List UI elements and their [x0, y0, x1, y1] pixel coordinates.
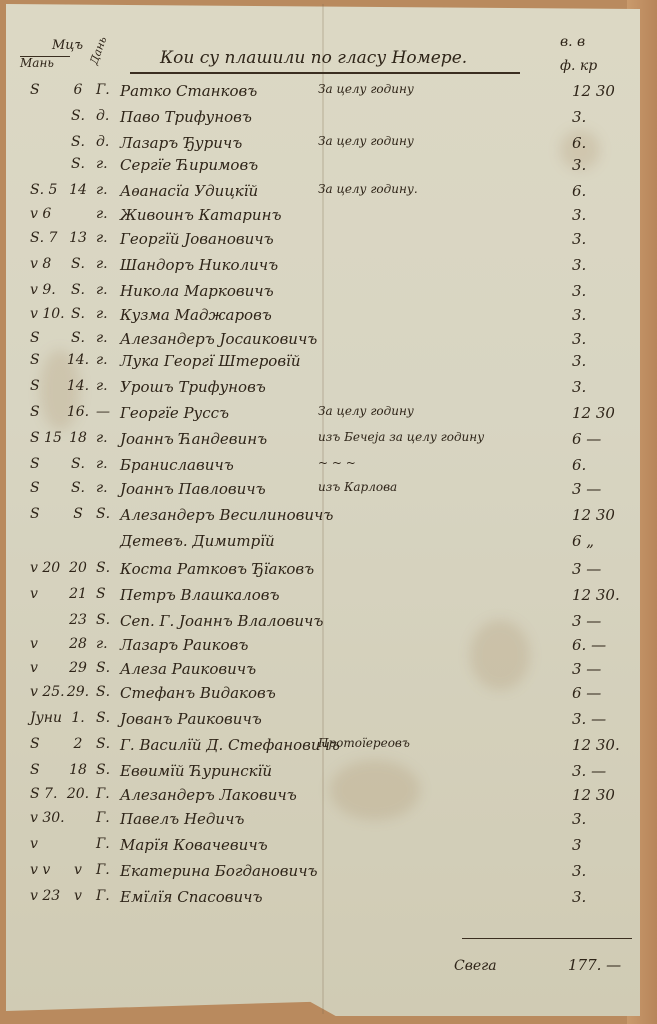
month-mark: Ѕ	[30, 404, 52, 420]
amount: 3 —	[572, 480, 634, 498]
person-name: Урошъ Трифуновъ	[120, 378, 266, 396]
month-mark: v 30.	[30, 810, 52, 826]
amount: 6.	[572, 182, 634, 200]
ledger-row: v 9.Ѕ.г.Никола Марковичъ3.	[0, 282, 640, 308]
amount: 3 —	[572, 560, 634, 578]
rank-abbrev: г.	[96, 378, 116, 394]
row-note: Протоїереовъ	[318, 736, 410, 750]
day-number: Ѕ.	[66, 108, 90, 124]
month-mark: Ѕ	[30, 506, 52, 522]
sum-divider	[462, 938, 632, 939]
amount: 12 30	[572, 506, 634, 524]
month-mark: v	[30, 660, 52, 676]
month-mark: Ѕ. 7	[30, 230, 52, 246]
amount: 3.	[572, 108, 634, 126]
day-number: Ѕ.	[66, 330, 90, 346]
person-name: Сергїе Ћиримовъ	[120, 156, 258, 174]
day-number: 2	[66, 736, 90, 752]
month-mark: v	[30, 836, 52, 852]
rank-abbrev: г.	[96, 182, 116, 198]
rank-abbrev: Ѕ.	[96, 736, 116, 752]
day-number: Ѕ.	[66, 156, 90, 172]
amount: 3 —	[572, 660, 634, 678]
amount: 3.	[572, 330, 634, 348]
person-name: Сеп. Г. Јоаннъ Влаловичъ	[120, 612, 323, 630]
rank-abbrev: Ѕ	[96, 586, 116, 602]
person-name: Браниславичъ	[120, 456, 234, 474]
ledger-row: Ѕ6Г.Ратко СтанковъЗа целу годину12 30	[0, 82, 640, 108]
person-name: Евѳимїй Ћуринскїй	[120, 762, 272, 780]
month-mark: Ѕ	[30, 352, 52, 368]
month-mark: v 20	[30, 560, 52, 576]
rank-abbrev: Ѕ.	[96, 560, 116, 576]
month-mark: v	[30, 636, 52, 652]
person-name: Г. Василїй Д. Стефановичъ	[120, 736, 340, 754]
day-number: 14.	[66, 352, 90, 368]
person-name: Детевъ. Димитрїй	[120, 532, 275, 550]
rank-abbrev: Г.	[96, 82, 116, 98]
rank-abbrev: Ѕ.	[96, 684, 116, 700]
row-note: изъ Карлова	[318, 480, 397, 494]
day-number: Ѕ.	[66, 456, 90, 472]
ledger-row: Јуни1.Ѕ.Јованъ Раиковичъ3. —	[0, 710, 640, 736]
day-number: v	[66, 862, 90, 878]
rank-abbrev: г.	[96, 330, 116, 346]
day-number: 23	[66, 612, 90, 628]
rank-abbrev: —	[96, 404, 116, 420]
amount: 3.	[572, 256, 634, 274]
month-mark: v 6	[30, 206, 52, 222]
ledger-row: 23Ѕ.Сеп. Г. Јоаннъ Влаловичъ3 —	[0, 612, 640, 638]
day-number: 13	[66, 230, 90, 246]
day-number: 1.	[66, 710, 90, 726]
month-mark: v 8	[30, 256, 52, 272]
day-number: 6	[66, 82, 90, 98]
amount: 3	[572, 836, 634, 854]
ledger-row: Ѕ. 713г.Георгїй Јовановичъ3.	[0, 230, 640, 256]
day-number: 20.	[66, 786, 90, 802]
amount: 12 30.	[572, 586, 634, 604]
month-mark: v 23	[30, 888, 52, 904]
person-name: Ратко Станковъ	[120, 82, 257, 100]
month-column-label-2: Mань	[20, 56, 54, 70]
ledger-row: Ѕ2Ѕ.Г. Василїй Д. СтефановичъПротоїереов…	[0, 736, 640, 762]
ledger-row: Ѕ 1518г.Јоаннъ Ћандевинъизъ Бечеја за це…	[0, 430, 640, 456]
person-name: Алезандеръ Јосаиковичъ	[120, 330, 317, 348]
amount: 3.	[572, 282, 634, 300]
row-note: ~ ~ ~	[318, 456, 356, 470]
month-mark: v v	[30, 862, 52, 878]
rank-abbrev: г.	[96, 430, 116, 446]
row-note: За целу годину	[318, 82, 414, 96]
rank-abbrev: г.	[96, 352, 116, 368]
person-name: Емїлїя Спасовичъ	[120, 888, 262, 906]
person-name: Петръ Влашкаловъ	[120, 586, 280, 604]
amount: 3. —	[572, 710, 634, 728]
person-name: Паво Трифуновъ	[120, 108, 252, 126]
month-mark: Ѕ	[30, 456, 52, 472]
rank-abbrev: г.	[96, 282, 116, 298]
sum-total: 177. —	[568, 956, 621, 974]
ledger-row: v 8Ѕ.г.Шандоръ Николичъ3.	[0, 256, 640, 282]
ledger-row: ЅЅ.г.Браниславичъ~ ~ ~6.	[0, 456, 640, 482]
person-name: Марїя Ковачевичъ	[120, 836, 268, 854]
ledger-row: Ѕ.г.Сергїе Ћиримовъ3.	[0, 156, 640, 182]
day-number: 29	[66, 660, 90, 676]
day-number: 29.	[66, 684, 90, 700]
ledger-row: Ѕ18Ѕ.Евѳимїй Ћуринскїй3. —	[0, 762, 640, 788]
ledger-row: v 25.29.Ѕ.Стефанъ Видаковъ6 —	[0, 684, 640, 710]
row-note: За целу годину.	[318, 182, 418, 196]
day-number: v	[66, 888, 90, 904]
month-mark: Ѕ 7.	[30, 786, 52, 802]
rank-abbrev: г.	[96, 456, 116, 472]
ledger-row: Ѕ.д.Паво Трифуновъ3.	[0, 108, 640, 134]
day-number: Ѕ.	[66, 306, 90, 322]
month-mark: Ѕ	[30, 480, 52, 496]
amount: 3 —	[572, 612, 634, 630]
rank-abbrev: Ѕ.	[96, 612, 116, 628]
amount: 3.	[572, 206, 634, 224]
month-column-label: Мцъ	[52, 38, 83, 53]
person-name: Алезандеръ Весилиновичъ	[120, 506, 333, 524]
ledger-row: v 23vГ.Емїлїя Спасовичъ3.	[0, 888, 640, 914]
ledger-row: v29Ѕ.Алеза Раиковичъ3 —	[0, 660, 640, 686]
ledger-row: v 30.Г.Павелъ Недичъ3.	[0, 810, 640, 836]
ledger-row: Ѕ16.—Георгїе РуссъЗа целу годину12 30	[0, 404, 640, 430]
month-mark: Ѕ	[30, 736, 52, 752]
ledger-row: v 10.Ѕ.г.Кузма Маджаровъ3.	[0, 306, 640, 332]
day-number: Ѕ.	[66, 480, 90, 496]
amount: 6 —	[572, 430, 634, 448]
person-name: Кузма Маджаровъ	[120, 306, 272, 324]
rank-abbrev: г.	[96, 306, 116, 322]
month-mark: v	[30, 586, 52, 602]
person-name: Екатерина Богдановичъ	[120, 862, 318, 880]
rank-abbrev: г.	[96, 206, 116, 222]
amount: 12 30	[572, 404, 634, 422]
person-name: Алезандеръ Лаковичъ	[120, 786, 297, 804]
rank-abbrev: Г.	[96, 862, 116, 878]
amount: 6.	[572, 456, 634, 474]
person-name: Никола Марковичъ	[120, 282, 274, 300]
sum-label: Свега	[454, 958, 497, 974]
amount: 3.	[572, 888, 634, 906]
rank-abbrev: Ѕ.	[96, 710, 116, 726]
title-underline	[130, 72, 520, 74]
rank-abbrev: д.	[96, 108, 116, 124]
person-name: Шандоръ Николичъ	[120, 256, 278, 274]
person-name: Коста Ратковъ Ђїаковъ	[120, 560, 314, 578]
month-mark: Јуни	[30, 710, 52, 726]
rank-abbrev: г.	[96, 230, 116, 246]
day-number: Ѕ.	[66, 282, 90, 298]
person-name: Стефанъ Видаковъ	[120, 684, 276, 702]
day-number: 18	[66, 762, 90, 778]
person-name: Јоаннъ Ћандевинъ	[120, 430, 267, 448]
document-title: Кои су плашили по гласу Номере.	[160, 48, 467, 68]
rank-abbrev: Г.	[96, 786, 116, 802]
ledger-row: v28г.Лазаръ Раиковъ6. —	[0, 636, 640, 662]
rank-abbrev: г.	[96, 256, 116, 272]
month-mark: Ѕ	[30, 762, 52, 778]
amount: 3.	[572, 810, 634, 828]
amount: 3. —	[572, 762, 634, 780]
month-mark: v 10.	[30, 306, 52, 322]
month-mark: Ѕ 15	[30, 430, 52, 446]
person-name: Лука Георгї Штеровїй	[120, 352, 301, 370]
amount: 3.	[572, 378, 634, 396]
rank-abbrev: д.	[96, 134, 116, 150]
month-mark: v 25.	[30, 684, 52, 700]
person-name: Лазаръ Раиковъ	[120, 636, 248, 654]
person-name: Георгїй Јовановичъ	[120, 230, 274, 248]
ledger-row: Ѕ. 514г.Аѳанасїа УдицкїйЗа целу годину.6…	[0, 182, 640, 208]
amount: 12 30	[572, 786, 634, 804]
row-note: За целу годину	[318, 134, 414, 148]
month-mark: Ѕ	[30, 330, 52, 346]
day-number: Ѕ.	[66, 256, 90, 272]
day-number: 14.	[66, 378, 90, 394]
ledger-row: v21ЅПетръ Влашкаловъ12 30.	[0, 586, 640, 612]
person-name: Аѳанасїа Удицкїй	[120, 182, 258, 200]
month-mark: Ѕ	[30, 82, 52, 98]
day-number: 16.	[66, 404, 90, 420]
rank-abbrev: Г.	[96, 888, 116, 904]
amount: 3.	[572, 156, 634, 174]
person-name: Лазаръ Ђуричъ	[120, 134, 242, 152]
amount: 3.	[572, 352, 634, 370]
day-number: 14	[66, 182, 90, 198]
person-name: Павелъ Недичъ	[120, 810, 244, 828]
amount: 3.	[572, 862, 634, 880]
currency-header-2: ф. кр	[560, 58, 597, 74]
ledger-row: v 2020Ѕ.Коста Ратковъ Ђїаковъ3 —	[0, 560, 640, 586]
ledger-row: ЅЅЅ.Алезандеръ Весилиновичъ12 30	[0, 506, 640, 532]
rank-abbrev: Г.	[96, 810, 116, 826]
ledger-row: ЅЅ.г.Јоаннъ Павловичъизъ Карлова3 —	[0, 480, 640, 506]
amount: 3.	[572, 306, 634, 324]
rank-abbrev: Ѕ.	[96, 660, 116, 676]
amount: 6.	[572, 134, 634, 152]
rank-abbrev: Ѕ.	[96, 762, 116, 778]
amount: 6. —	[572, 636, 634, 654]
day-number: 21	[66, 586, 90, 602]
day-number: Ѕ.	[66, 134, 90, 150]
person-name: Живоинъ Катаринъ	[120, 206, 281, 224]
day-number: 20	[66, 560, 90, 576]
ledger-row: v vvГ.Екатерина Богдановичъ3.	[0, 862, 640, 888]
rank-abbrev: г.	[96, 636, 116, 652]
amount: 3.	[572, 230, 634, 248]
currency-header-1: в. в	[560, 34, 585, 50]
day-number: 18	[66, 430, 90, 446]
amount: 12 30.	[572, 736, 634, 754]
month-mark: v 9.	[30, 282, 52, 298]
row-note: За целу годину	[318, 404, 414, 418]
row-note: изъ Бечеја за целу годину	[318, 430, 484, 444]
ledger-row: Ѕ14.г.Урошъ Трифуновъ3.	[0, 378, 640, 404]
ledger-row: Ѕ 7.20.Г.Алезандеръ Лаковичъ12 30	[0, 786, 640, 812]
rank-abbrev: г.	[96, 480, 116, 496]
ledger-row: v 6г.Живоинъ Катаринъ3.	[0, 206, 640, 232]
day-number: 28	[66, 636, 90, 652]
rank-abbrev: Г.	[96, 836, 116, 852]
amount: 12 30	[572, 82, 634, 100]
ledger-row: vГ.Марїя Ковачевичъ3	[0, 836, 640, 862]
person-name: Георгїе Руссъ	[120, 404, 229, 422]
person-name: Јованъ Раиковичъ	[120, 710, 262, 728]
person-name: Јоаннъ Павловичъ	[120, 480, 266, 498]
person-name: Алеза Раиковичъ	[120, 660, 256, 678]
amount: 6 „	[572, 532, 634, 550]
rank-abbrev: Ѕ.	[96, 506, 116, 522]
month-mark: Ѕ. 5	[30, 182, 52, 198]
amount: 6 —	[572, 684, 634, 702]
day-number: Ѕ	[66, 506, 90, 522]
ledger-row: Детевъ. Димитрїй6 „	[0, 532, 640, 558]
ledger-row: Ѕ14.г.Лука Георгї Штеровїй3.	[0, 352, 640, 378]
rank-abbrev: г.	[96, 156, 116, 172]
month-mark: Ѕ	[30, 378, 52, 394]
